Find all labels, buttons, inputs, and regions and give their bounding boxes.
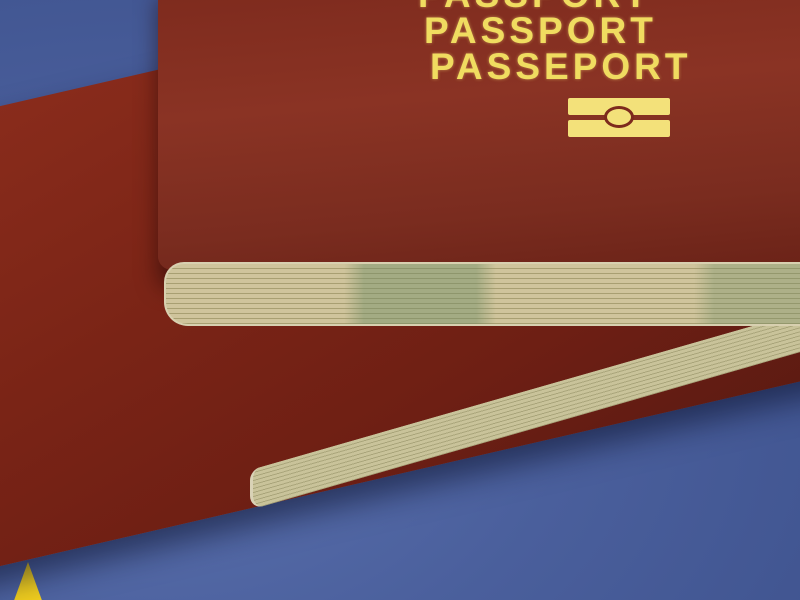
top-passport-pages [164, 262, 800, 326]
biometric-chip-icon [568, 98, 670, 138]
cover-title-line-2: PASSPORT [424, 12, 657, 49]
cover-title-line-3: PASSEPORT [430, 48, 691, 85]
eu-star-icon [12, 562, 44, 600]
photo-scene: PASSPORT PASSPORT PASSEPORT [0, 0, 800, 600]
